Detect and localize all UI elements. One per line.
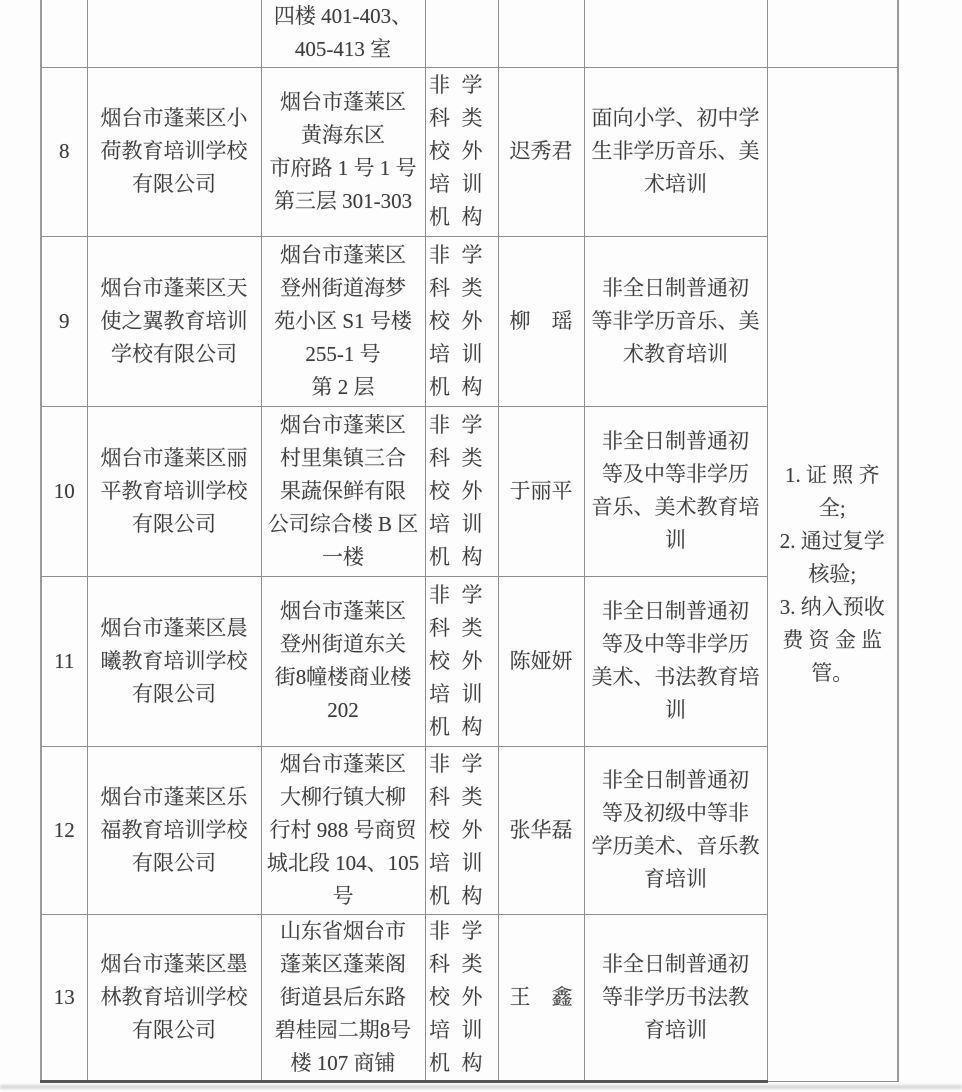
institution-type-cell: 非学 科类 校外 培训 机构 — [425, 236, 498, 406]
row-number-cell — [41, 0, 87, 67]
legal-rep-cell — [498, 0, 584, 67]
address-cell: 烟台市蓬莱区 登州街道海梦 苑小区 S1 号楼 255-1 号 第 2 层 — [261, 236, 425, 406]
institution-name-cell: 烟台市蓬莱区天 使之翼教育培训 学校有限公司 — [87, 236, 261, 406]
review-notes-cell: 1. 证 照 齐 全; 2. 通过复学 核验; 3. 纳入预收 费 资 金 监 … — [767, 67, 898, 1081]
registration-table: 四楼 401-403、 405-413 室 8 烟台市蓬莱区小 荷教育培训学校 … — [40, 0, 899, 1083]
address-cell: 烟台市蓬莱区 黄海东区 市府路 1 号 1 号 第三层 301-303 — [261, 67, 425, 236]
row-number-cell: 13 — [41, 914, 87, 1081]
institution-name-cell: 烟台市蓬莱区墨 林教育培训学校 有限公司 — [87, 914, 261, 1081]
institution-type-cell: 非学 科类 校外 培训 机构 — [425, 746, 498, 914]
page-bottom-shadow — [0, 1085, 962, 1089]
institution-type-cell: 非学 科类 校外 培训 机构 — [425, 406, 498, 576]
institution-name-cell — [87, 0, 261, 67]
row-number-cell: 10 — [41, 406, 87, 576]
review-notes-cell-top — [767, 0, 898, 67]
training-scope-cell: 非全日制普通初 等及初级中等非 学历美术、音乐教 育培训 — [584, 746, 767, 914]
address-cell: 四楼 401-403、 405-413 室 — [261, 0, 425, 67]
row-number-cell: 9 — [41, 236, 87, 406]
training-scope-cell: 非全日制普通初 等及中等非学历 音乐、美术教育培 训 — [584, 406, 767, 576]
table-row: 8 烟台市蓬莱区小 荷教育培训学校 有限公司 烟台市蓬莱区 黄海东区 市府路 1… — [41, 67, 898, 236]
training-scope-cell: 面向小学、初中学 生非学历音乐、美 术培训 — [584, 67, 767, 236]
row-number-cell: 11 — [41, 576, 87, 746]
institution-type-cell — [425, 0, 498, 67]
legal-rep-cell: 柳 瑶 — [498, 236, 584, 406]
institution-type-cell: 非学 科类 校外 培训 机构 — [425, 576, 498, 746]
legal-rep-cell: 迟秀君 — [498, 67, 584, 236]
institution-type-cell: 非学 科类 校外 培训 机构 — [425, 914, 498, 1081]
institution-name-cell: 烟台市蓬莱区小 荷教育培训学校 有限公司 — [87, 67, 261, 236]
legal-rep-cell: 于丽平 — [498, 406, 584, 576]
address-cell: 烟台市蓬莱区 大柳行镇大柳 行村 988 号商贸 城北段 104、105 号 — [261, 746, 425, 914]
legal-rep-cell: 王 鑫 — [498, 914, 584, 1081]
address-cell: 烟台市蓬莱区 村里集镇三合 果蔬保鲜有限 公司综合楼 B 区 一楼 — [261, 406, 425, 576]
legal-rep-cell: 陈娅妍 — [498, 576, 584, 746]
table-row-partial: 四楼 401-403、 405-413 室 — [41, 0, 898, 67]
training-scope-cell: 非全日制普通初 等及中等非学历 美术、书法教育培 训 — [584, 576, 767, 746]
institution-name-cell: 烟台市蓬莱区乐 福教育培训学校 有限公司 — [87, 746, 261, 914]
training-scope-cell — [584, 0, 767, 67]
institution-name-cell: 烟台市蓬莱区晨 曦教育培训学校 有限公司 — [87, 576, 261, 746]
training-scope-cell: 非全日制普通初 等非学历书法教 育培训 — [584, 914, 767, 1081]
address-cell: 山东省烟台市 蓬莱区蓬莱阁 街道县后东路 碧桂园二期8号 楼 107 商铺 — [261, 914, 425, 1081]
training-scope-cell: 非全日制普通初 等非学历音乐、美 术教育培训 — [584, 236, 767, 406]
legal-rep-cell: 张华磊 — [498, 746, 584, 914]
institution-type-cell: 非学 科类 校外 培训 机构 — [425, 67, 498, 236]
institution-name-cell: 烟台市蓬莱区丽 平教育培训学校 有限公司 — [87, 406, 261, 576]
address-cell: 烟台市蓬莱区 登州街道东关 街8幢楼商业楼 202 — [261, 576, 425, 746]
row-number-cell: 8 — [41, 67, 87, 236]
row-number-cell: 12 — [41, 746, 87, 914]
